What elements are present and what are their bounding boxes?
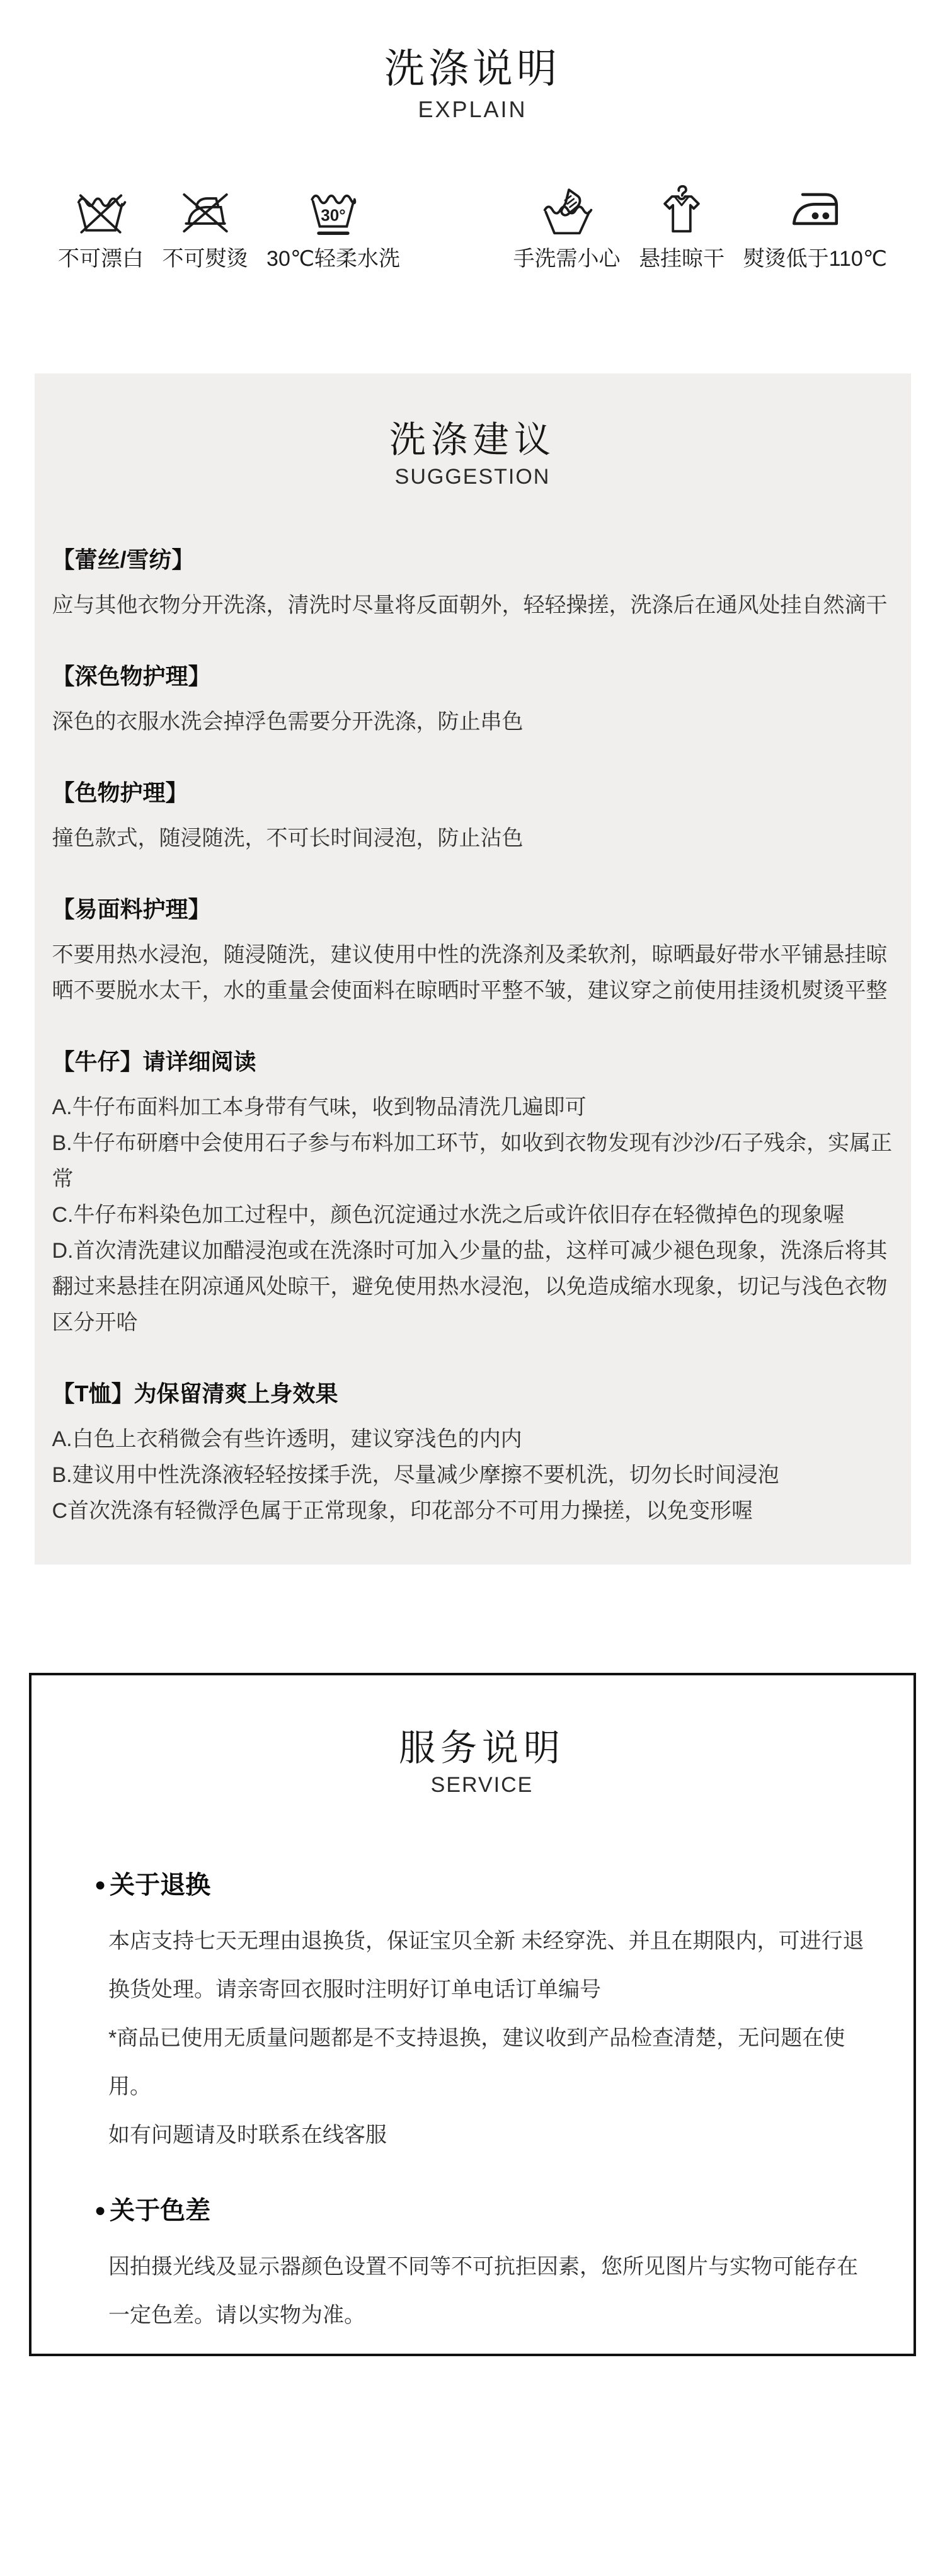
service-subtitle: SERVICE: [94, 1774, 869, 1797]
care-icon-item: 不可熨烫: [163, 182, 248, 271]
block-body: A.白色上衣稍微会有些许透明，建议穿浅色的内内 B.建议用中性洗涤液轻轻按揉手洗…: [52, 1422, 893, 1529]
bullet-icon: ●: [94, 1876, 106, 1895]
bullet-icon: ●: [94, 2201, 106, 2220]
suggestion-title: 洗涤建议: [52, 420, 893, 460]
icon-label: 30℃轻柔水洗: [266, 248, 400, 271]
suggestion-block-lace-chiffon: 【蕾丝/雪纺】 应与其他衣物分开洗涤，清洗时尽量将反面朝外，轻轻操搓，洗涤后在通…: [52, 546, 893, 624]
icon-label: 不可熨烫: [163, 248, 248, 271]
icon-label: 不可漂白: [58, 248, 144, 271]
section-body: 因拍摄光线及显示器颜色设置不同等不可抗拒因素，您所见图片与实物可能存在 一定色差…: [94, 2243, 869, 2340]
block-body: 撞色款式，随浸随洗，不可长时间浸泡，防止沾色: [52, 821, 893, 857]
block-heading: 【蕾丝/雪纺】: [52, 546, 893, 574]
block-body: A.牛仔布面料加工本身带有气味，收到物品清洗几遍即可 B.牛仔布研磨中会使用石子…: [52, 1090, 893, 1341]
care-icon-item: 不可漂白: [58, 182, 144, 271]
suggestion-block-tshirt: 【T恤】为保留清爽上身效果 A.白色上衣稍微会有些许透明，建议穿浅色的内内 B.…: [52, 1380, 893, 1529]
block-heading: 【色物护理】: [52, 779, 893, 807]
section-heading: ● 关于退换: [94, 1871, 869, 1900]
no-bleach-icon: [72, 182, 130, 240]
section-heading-text: 关于色差: [110, 2196, 210, 2225]
block-heading: 【牛仔】请详细阅读: [52, 1048, 893, 1076]
suggestion-block-delicate-fabric: 【易面料护理】 不要用热水浸泡，随浸随洗，建议使用中性的洗涤剂及柔软剂，晾晒最好…: [52, 896, 893, 1009]
wash-30c-icon: 30°: [304, 182, 362, 240]
suggestion-block-dark-garments: 【深色物护理】 深色的衣服水洗会掉浮色需要分开洗涤，防止串色: [52, 663, 893, 740]
section-body: 本店支持七天无理由退换货，保证宝贝全新 未经穿洗、并且在期限内，可进行退 换货处…: [94, 1917, 869, 2160]
icon-label: 熨烫低于110℃: [743, 248, 887, 271]
suggestion-blocks: 【蕾丝/雪纺】 应与其他衣物分开洗涤，清洗时尽量将反面朝外，轻轻操搓，洗涤后在通…: [52, 546, 893, 1529]
page-title: 洗涤说明: [0, 48, 945, 90]
hang-dry-icon: [653, 182, 711, 240]
suggestion-subtitle: SUGGESTION: [52, 465, 893, 489]
service-panel: 服务说明 SERVICE ● 关于退换 本店支持七天无理由退换货，保证宝贝全新 …: [29, 1673, 916, 2356]
suggestion-title-block: 洗涤建议 SUGGESTION: [52, 420, 893, 489]
svg-text:30°: 30°: [321, 205, 345, 224]
care-icon-item: 悬挂晾干: [639, 182, 724, 271]
block-body: 应与其他衣物分开洗涤，清洗时尽量将反面朝外，轻轻操搓，洗涤后在通风处挂自然滴干: [52, 588, 893, 624]
iron-low-temp-icon: [786, 182, 844, 240]
care-icon-item: 30° 30℃轻柔水洗: [266, 182, 400, 271]
service-title-block: 服务说明 SERVICE: [94, 1728, 869, 1797]
section-heading-text: 关于退换: [110, 1871, 210, 1900]
hand-wash-icon: [538, 182, 596, 240]
explain-header: 洗涤说明 EXPLAIN: [0, 0, 945, 122]
block-heading: 【易面料护理】: [52, 896, 893, 923]
suggestion-block-colored-garments: 【色物护理】 撞色款式，随浸随洗，不可长时间浸泡，防止沾色: [52, 779, 893, 857]
page-subtitle: EXPLAIN: [0, 98, 945, 122]
section-heading: ● 关于色差: [94, 2196, 869, 2225]
block-body: 深色的衣服水洗会掉浮色需要分开洗涤，防止串色: [52, 704, 893, 740]
icon-label: 手洗需小心: [513, 248, 621, 271]
service-section-returns: ● 关于退换 本店支持七天无理由退换货，保证宝贝全新 未经穿洗、并且在期限内，可…: [94, 1871, 869, 2160]
icon-label: 悬挂晾干: [639, 248, 724, 271]
care-icons-row: 不可漂白 不可熨烫 30° 3: [0, 182, 945, 271]
block-body: 不要用热水浸泡，随浸随洗，建议使用中性的洗涤剂及柔软剂，晾晒最好带水平铺悬挂晾 …: [52, 937, 893, 1009]
care-icon-item: 手洗需小心: [513, 182, 621, 271]
no-iron-icon: [176, 182, 234, 240]
care-instructions-page: 洗涤说明 EXPLAIN 不可漂白: [0, 0, 945, 2576]
suggestion-block-denim: 【牛仔】请详细阅读 A.牛仔布面料加工本身带有气味，收到物品清洗几遍即可 B.牛…: [52, 1048, 893, 1341]
service-title: 服务说明: [94, 1728, 869, 1769]
care-icon-item: 熨烫低于110℃: [743, 182, 887, 271]
block-heading: 【T恤】为保留清爽上身效果: [52, 1380, 893, 1408]
block-heading: 【深色物护理】: [52, 663, 893, 690]
service-section-color-difference: ● 关于色差 因拍摄光线及显示器颜色设置不同等不可抗拒因素，您所见图片与实物可能…: [94, 2196, 869, 2340]
suggestion-panel: 洗涤建议 SUGGESTION 【蕾丝/雪纺】 应与其他衣物分开洗涤，清洗时尽量…: [35, 373, 911, 1564]
